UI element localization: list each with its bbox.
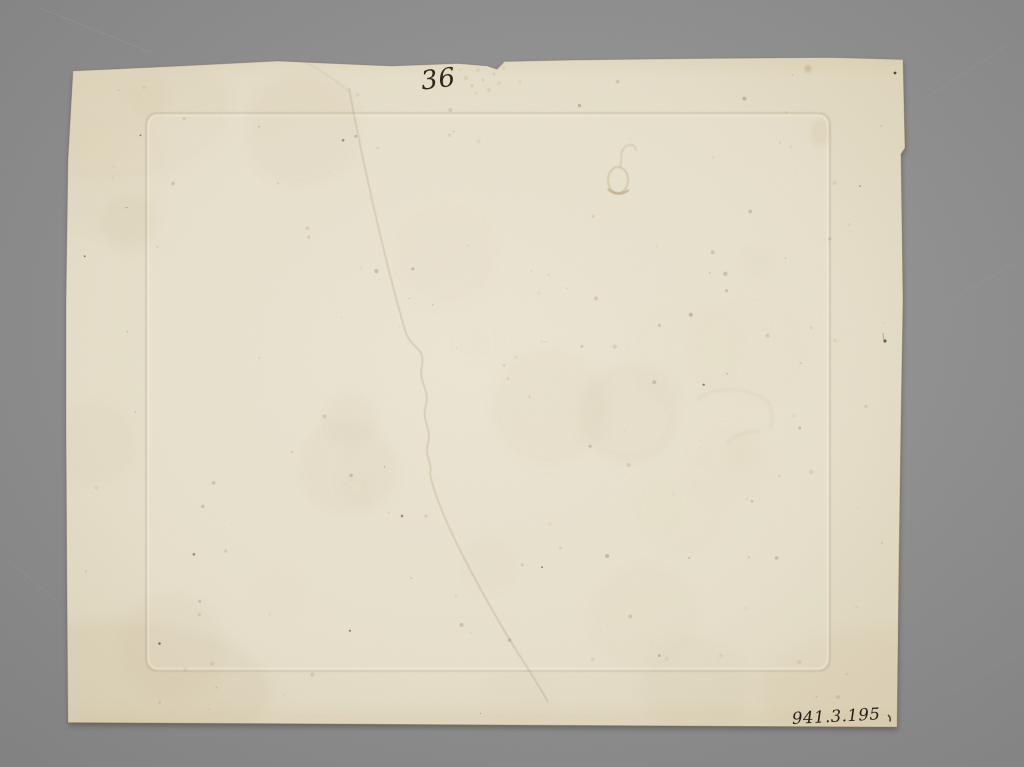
photo-stage: 36 941.3.195 <box>0 0 1024 767</box>
photograph-of-print-verso: 36 941.3.195 <box>0 0 1024 767</box>
paper-grain-texture <box>55 50 915 740</box>
handwritten-page-number: 36 <box>419 63 457 97</box>
